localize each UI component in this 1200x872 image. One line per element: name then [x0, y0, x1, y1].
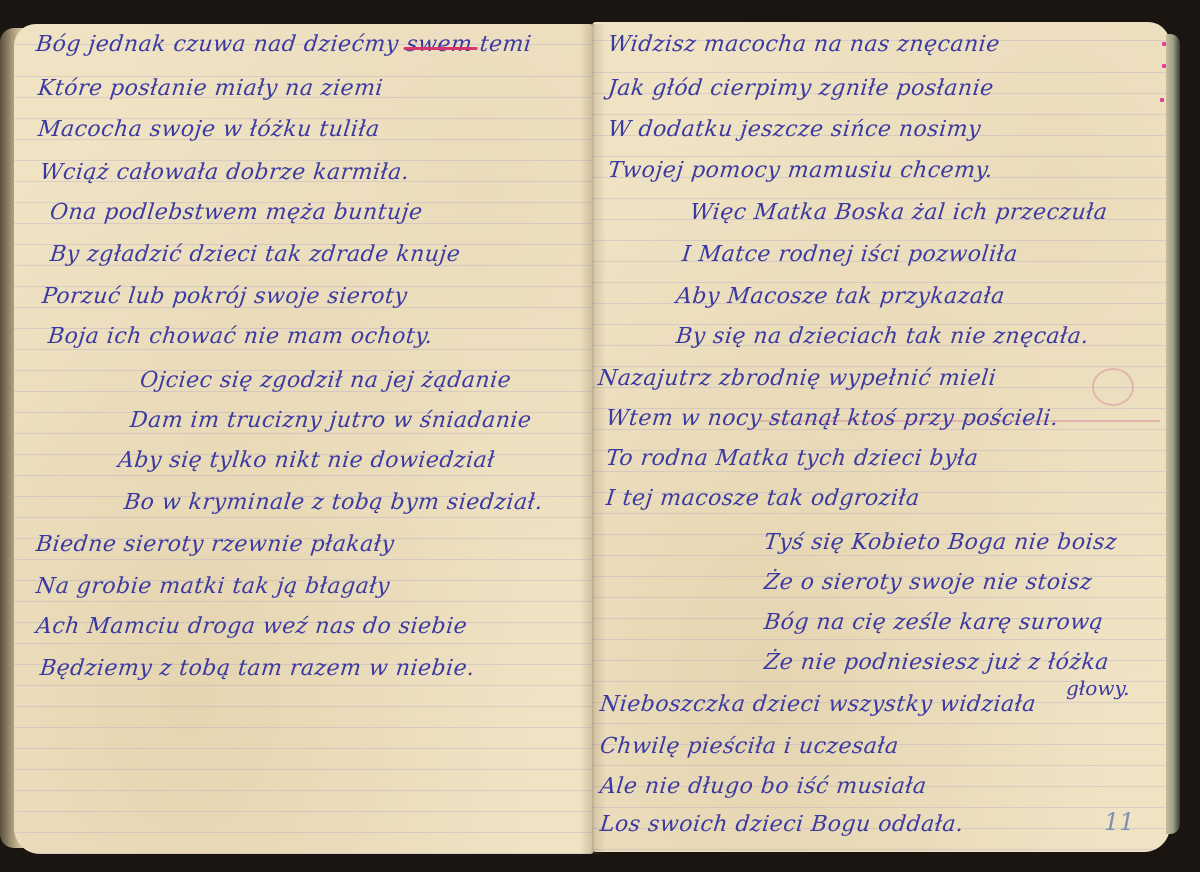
left-line-7: Porzuć lub pokrój swoje sieroty: [41, 284, 409, 309]
margin-mark: [1160, 98, 1164, 102]
left-line-9: Ojciec się zgodził na jej żądanie: [139, 368, 513, 393]
continuation-word: głowy.: [1066, 676, 1129, 700]
right-line-17: Nieboszczka dzieci wszystky widziała: [599, 692, 1038, 717]
right-line-5: Więc Matka Boska żal ich przeczuła: [689, 200, 1109, 225]
right-line-4: Twojej pomocy mamusiu chcemy.: [607, 158, 995, 183]
right-line-7: Aby Macosze tak przykazała: [675, 284, 1006, 309]
right-line-9: Nazajutrz zbrodnię wypełnić mieli: [597, 366, 998, 391]
right-line-1: Widzisz macocha na nas znęcanie: [607, 32, 1001, 57]
right-line-20: Los swoich dzieci Bogu oddała.: [599, 812, 965, 837]
notebook-spread: Bóg jednak czuwa nad dziećmy swem temi K…: [0, 0, 1200, 872]
left-line-15: Ach Mamciu droga weź nas do siebie: [35, 614, 469, 639]
line-text: temi: [471, 32, 533, 57]
right-line-8: By się na dzieciach tak nie znęcała.: [675, 324, 1090, 349]
left-line-16: Będziemy z tobą tam razem w niebie.: [39, 656, 476, 681]
right-line-11: To rodna Matka tych dzieci była: [605, 446, 980, 471]
right-line-6: I Matce rodnej iści pozwoliła: [681, 242, 1019, 267]
right-line-16: Że nie podniesiesz już z łóżka: [763, 650, 1111, 675]
left-line-14: Na grobie matki tak ją błagały: [35, 574, 391, 599]
left-line-3: Macocha swoje w łóżku tuliła: [37, 117, 381, 142]
right-line-12: I tej macosze tak odgroziła: [605, 486, 921, 511]
right-line-19: Ale nie długo bo iść musiała: [599, 774, 928, 799]
left-line-5: Ona podlebstwem męża buntuje: [49, 200, 424, 225]
page-number: 11: [1104, 808, 1135, 836]
right-page: [592, 22, 1170, 852]
left-line-10: Dam im trucizny jutro w śniadanie: [129, 408, 533, 433]
margin-mark: [1162, 42, 1166, 46]
right-line-15: Bóg na cię ześle karę surową: [763, 610, 1105, 635]
right-line-14: Że o sieroty swoje nie stoisz: [763, 570, 1094, 595]
right-line-3: W dodatku jeszcze sińce nosimy: [607, 117, 983, 142]
left-line-4: Wciąż całowała dobrze karmiła.: [39, 160, 411, 185]
margin-mark: [1162, 64, 1166, 68]
left-page: [14, 24, 594, 854]
left-line-13: Biedne sieroty rzewnie płakały: [35, 532, 396, 557]
right-line-2: Jak głód cierpimy zgniłe posłanie: [607, 76, 995, 101]
right-page-edges: [1166, 34, 1180, 834]
right-line-10: Wtem w nocy stanął ktoś przy pościeli.: [605, 406, 1060, 431]
left-line-12: Bo w kryminale z tobą bym siedział.: [123, 490, 544, 515]
faded-stamp: [1092, 368, 1134, 406]
line-text: Bóg jednak czuwa nad dziećmy: [35, 32, 408, 57]
left-line-11: Aby się tylko nikt nie dowiedział: [117, 448, 497, 473]
left-line-1: Bóg jednak czuwa nad dziećmy swem temi: [35, 32, 533, 57]
left-line-8: Boja ich chować nie mam ochoty.: [47, 324, 434, 349]
struck-word: swem: [405, 32, 474, 57]
left-line-2: Które posłanie miały na ziemi: [37, 76, 385, 101]
right-line-13: Tyś się Kobieto Boga nie boisz: [763, 530, 1119, 555]
right-line-18: Chwilę pieściła i uczesała: [599, 734, 900, 759]
left-line-6: By zgładzić dzieci tak zdrade knuje: [49, 242, 462, 267]
